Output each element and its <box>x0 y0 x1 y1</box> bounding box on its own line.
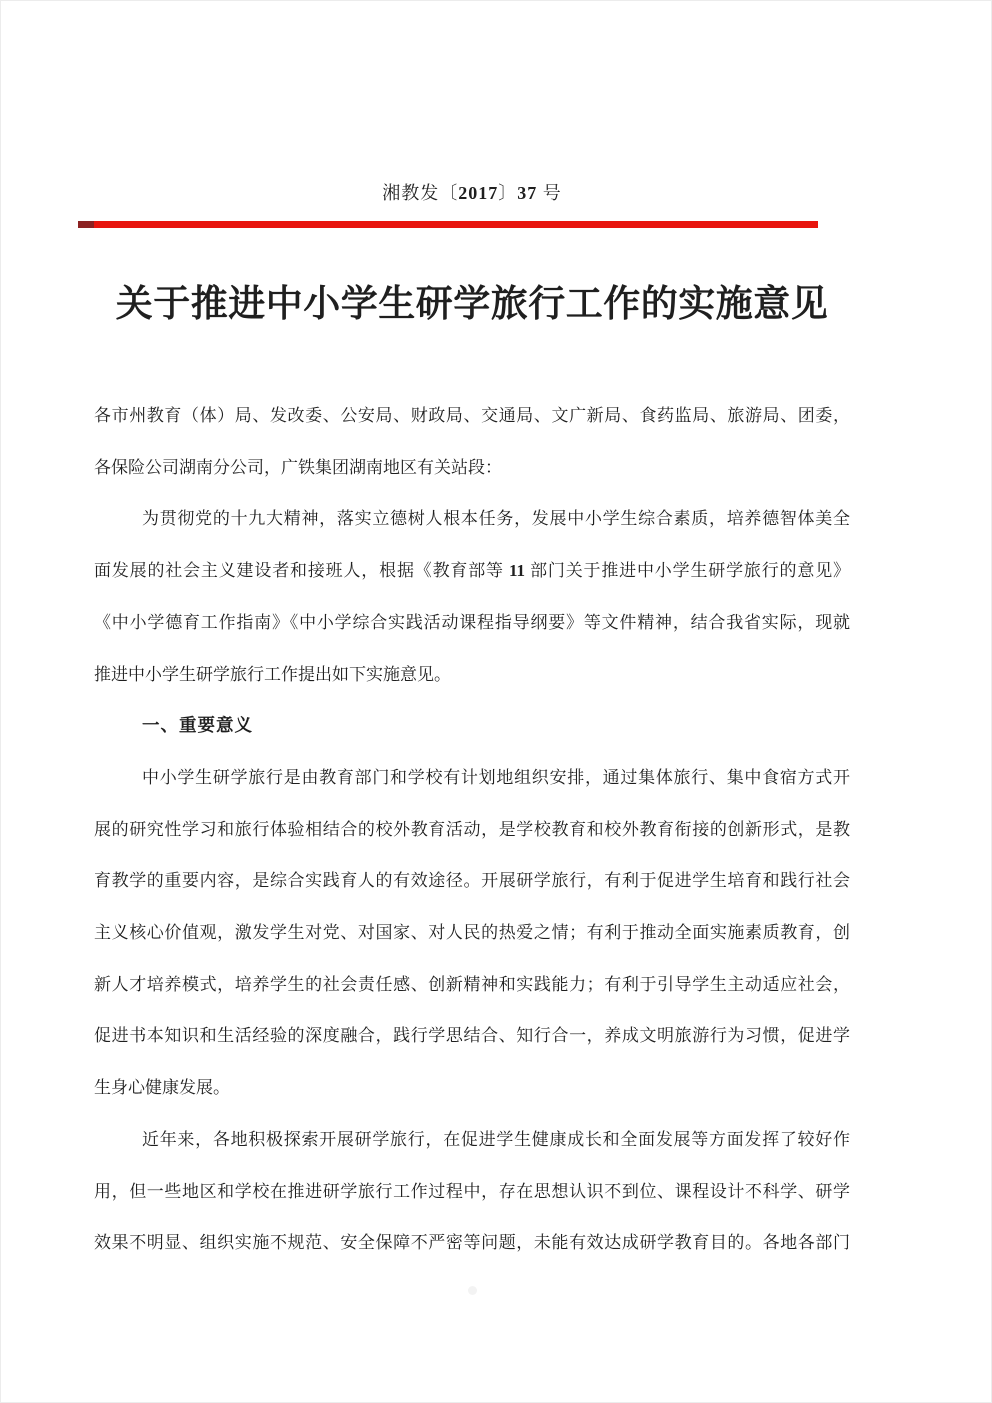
text-run: 各市州教育（体）局、发改委、公安局、财政局、交通局、文广新局、食药监局、旅游局、… <box>94 406 850 425</box>
text-run: 〕 <box>498 183 517 203</box>
body-line: 中小学生研学旅行是由教育部门和学校有计划地组织安排，通过集体旅行、集中食宿方式开 <box>94 752 850 804</box>
text-run: 推进中小学生研学旅行工作提出如下实施意见。 <box>94 665 451 684</box>
document-title: 关于推进中小学生研学旅行工作的实施意见 <box>64 281 880 329</box>
text-run: 展的研究性学习和旅行体验相结合的校外教育活动，是学校教育和校外教育衔接的创新形式… <box>94 820 850 839</box>
text-run: 用，但一些地区和学校在推进研学旅行工作过程中，存在思想认识不到位、课程设计不科学… <box>94 1182 850 1201</box>
body-line: 生身心健康发展。 <box>94 1062 850 1114</box>
body-line: 用，但一些地区和学校在推进研学旅行工作过程中，存在思想认识不到位、课程设计不科学… <box>94 1166 850 1218</box>
body-line: 效果不明显、组织实施不规范、安全保障不严密等问题，未能有效达成研学教育目的。各地… <box>94 1217 850 1269</box>
body-line: 推进中小学生研学旅行工作提出如下实施意见。 <box>94 649 850 701</box>
text-run: 主义核心价值观，激发学生对党、对国家、对人民的热爱之情；有利于推动全面实施素质教… <box>94 923 850 942</box>
text-run: 面发展的社会主义建设者和接班人，根据《教育部等 <box>94 561 509 580</box>
body-line: 各市州教育（体）局、发改委、公安局、财政局、交通局、文广新局、食药监局、旅游局、… <box>94 390 850 442</box>
text-run: 育教学的重要内容，是综合实践育人的有效途径。开展研学旅行，有利于促进学生培育和践… <box>94 871 850 890</box>
body-line: 主义核心价值观，激发学生对党、对国家、对人民的热爱之情；有利于推动全面实施素质教… <box>94 907 850 959</box>
body-line: 为贯彻党的十九大精神，落实立德树人根本任务，发展中小学生综合素质，培养德智体美全 <box>94 493 850 545</box>
body-line: 育教学的重要内容，是综合实践育人的有效途径。开展研学旅行，有利于促进学生培育和践… <box>94 855 850 907</box>
body-line: 各保险公司湖南分公司，广铁集团湖南地区有关站段： <box>94 442 850 494</box>
text-run: 各保险公司湖南分公司，广铁集团湖南地区有关站段： <box>94 458 502 477</box>
body-line: 展的研究性学习和旅行体验相结合的校外教育活动，是学校教育和校外教育衔接的创新形式… <box>94 804 850 856</box>
text-run: 湘教发〔 <box>382 183 458 203</box>
body-line: 《中小学德育工作指南》《中小学综合实践活动课程指导纲要》等文件精神，结合我省实际… <box>94 597 850 649</box>
section-heading: 一、重要意义 <box>94 700 850 752</box>
text-run: 号 <box>537 183 562 203</box>
document-body: 各市州教育（体）局、发改委、公安局、财政局、交通局、文广新局、食药监局、旅游局、… <box>94 390 850 1269</box>
body-line: 新人才培养模式，培养学生的社会责任感、创新精神和实践能力；有利于引导学生主动适应… <box>94 959 850 1011</box>
body-line: 近年来，各地积极探索开展研学旅行，在促进学生健康成长和全面发展等方面发挥了较好作 <box>94 1114 850 1166</box>
red-rule-bar <box>94 221 818 228</box>
red-header-rule <box>78 221 818 228</box>
body-line: 促进书本知识和生活经验的深度融合，践行学思结合、知行合一，养成文明旅游行为习惯，… <box>94 1010 850 1062</box>
text-run: 为贯彻党的十九大精神，落实立德树人根本任务，发展中小学生综合素质，培养德智体美全 <box>142 509 850 528</box>
bold-text-run: 11 <box>509 561 525 580</box>
text-run: 一、重要意义 <box>142 715 253 735</box>
red-rule-cap <box>78 221 94 228</box>
bold-text-run: 37 <box>517 183 537 203</box>
text-run: 部门关于推进中小学生研学旅行的意见》 <box>525 561 850 580</box>
text-run: 促进书本知识和生活经验的深度融合，践行学思结合、知行合一，养成文明旅游行为习惯，… <box>94 1026 850 1045</box>
page-artifact <box>468 1286 477 1295</box>
body-line: 面发展的社会主义建设者和接班人，根据《教育部等 11 部门关于推进中小学生研学旅… <box>94 545 850 597</box>
document-page: 湘教发〔2017〕37 号 关于推进中小学生研学旅行工作的实施意见 各市州教育（… <box>0 0 992 1403</box>
text-run: 效果不明显、组织实施不规范、安全保障不严密等问题，未能有效达成研学教育目的。各地… <box>94 1233 850 1252</box>
text-run: 《中小学德育工作指南》《中小学综合实践活动课程指导纲要》等文件精神，结合我省实际… <box>94 613 850 632</box>
doc-number: 湘教发〔2017〕37 号 <box>94 181 850 205</box>
text-run: 生身心健康发展。 <box>94 1078 230 1097</box>
bold-text-run: 2017 <box>458 183 498 203</box>
text-run: 中小学生研学旅行是由教育部门和学校有计划地组织安排，通过集体旅行、集中食宿方式开 <box>142 768 850 787</box>
text-run: 近年来，各地积极探索开展研学旅行，在促进学生健康成长和全面发展等方面发挥了较好作 <box>142 1130 850 1149</box>
text-run: 新人才培养模式，培养学生的社会责任感、创新精神和实践能力；有利于引导学生主动适应… <box>94 975 850 994</box>
